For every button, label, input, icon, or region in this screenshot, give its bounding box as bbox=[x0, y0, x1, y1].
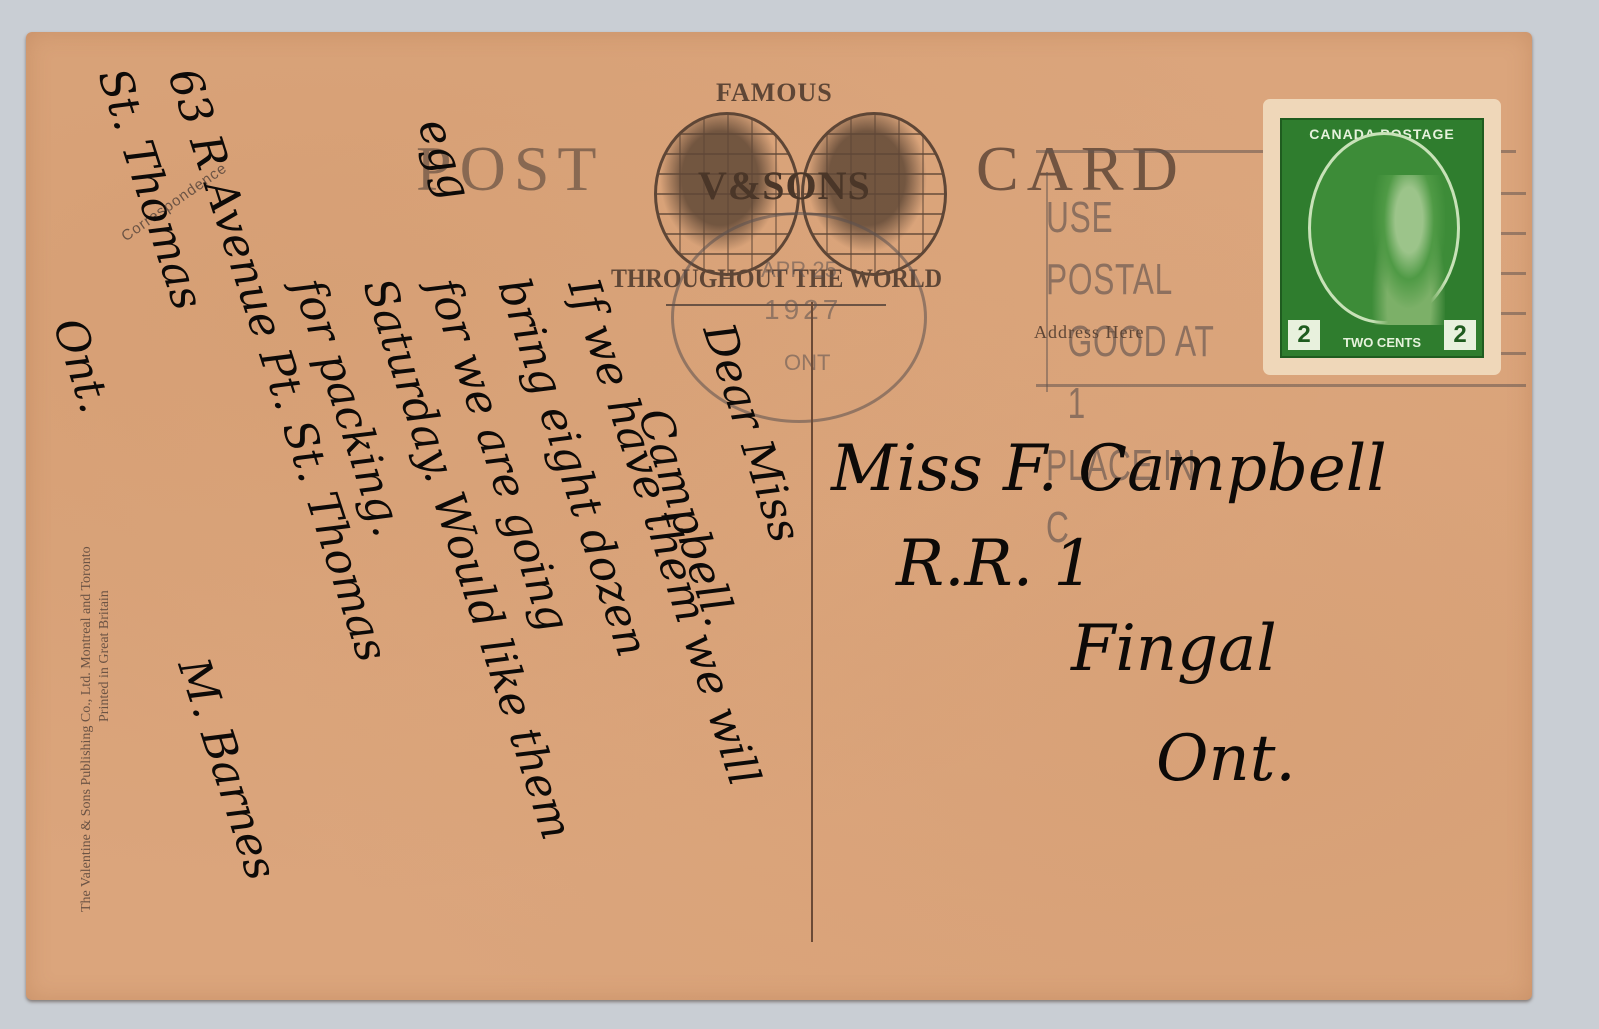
logo-monogram: V&SONS bbox=[698, 162, 871, 209]
slogan-line: USE POSTAL bbox=[1046, 187, 1219, 311]
logo-top-text: FAMOUS bbox=[716, 78, 833, 108]
publisher-line: The Valentine & Sons Publishing Co., Ltd… bbox=[78, 546, 96, 912]
cancel-slogan: USE POSTAL GOOD AT 1 PLACE IN C bbox=[1046, 187, 1219, 387]
postmark-province: ONT bbox=[784, 350, 830, 376]
stamp-design: CANADA POSTAGE 2 TWO CENTS 2 bbox=[1280, 118, 1484, 358]
postage-stamp: CANADA POSTAGE 2 TWO CENTS 2 bbox=[1266, 102, 1498, 372]
stamp-value-left: 2 bbox=[1288, 320, 1320, 350]
divider-line bbox=[811, 302, 813, 942]
address-line-province: Ont. bbox=[1156, 722, 1296, 796]
message-return-province: Ont. bbox=[42, 312, 120, 419]
postmark-year: 1927 bbox=[764, 294, 842, 326]
king-portrait-icon bbox=[1365, 175, 1445, 325]
postmark-date: APR 25 bbox=[761, 257, 837, 283]
publisher-line: Printed in Great Britain bbox=[96, 546, 114, 912]
stamp-value-text: TWO CENTS bbox=[1332, 336, 1432, 350]
address-here-label: Address Here bbox=[1034, 322, 1144, 343]
address-line-route: R.R. 1 bbox=[896, 527, 1094, 601]
postcard: POST CARD FAMOUS V&SONS THROUGHOUT THE W… bbox=[26, 32, 1532, 1000]
address-line-town: Fingal bbox=[1071, 612, 1277, 686]
stamp-portrait-frame bbox=[1308, 132, 1460, 324]
address-line-name: Miss F. Campbell bbox=[831, 432, 1387, 506]
stamp-value-right: 2 bbox=[1444, 320, 1476, 350]
publisher-imprint: The Valentine & Sons Publishing Co., Ltd… bbox=[78, 546, 114, 912]
message-return-address: 63 R Avenue Pt. St. Thomas bbox=[157, 62, 397, 668]
message-signature: M. Barnes bbox=[167, 652, 286, 886]
cancel-line bbox=[1036, 384, 1526, 387]
